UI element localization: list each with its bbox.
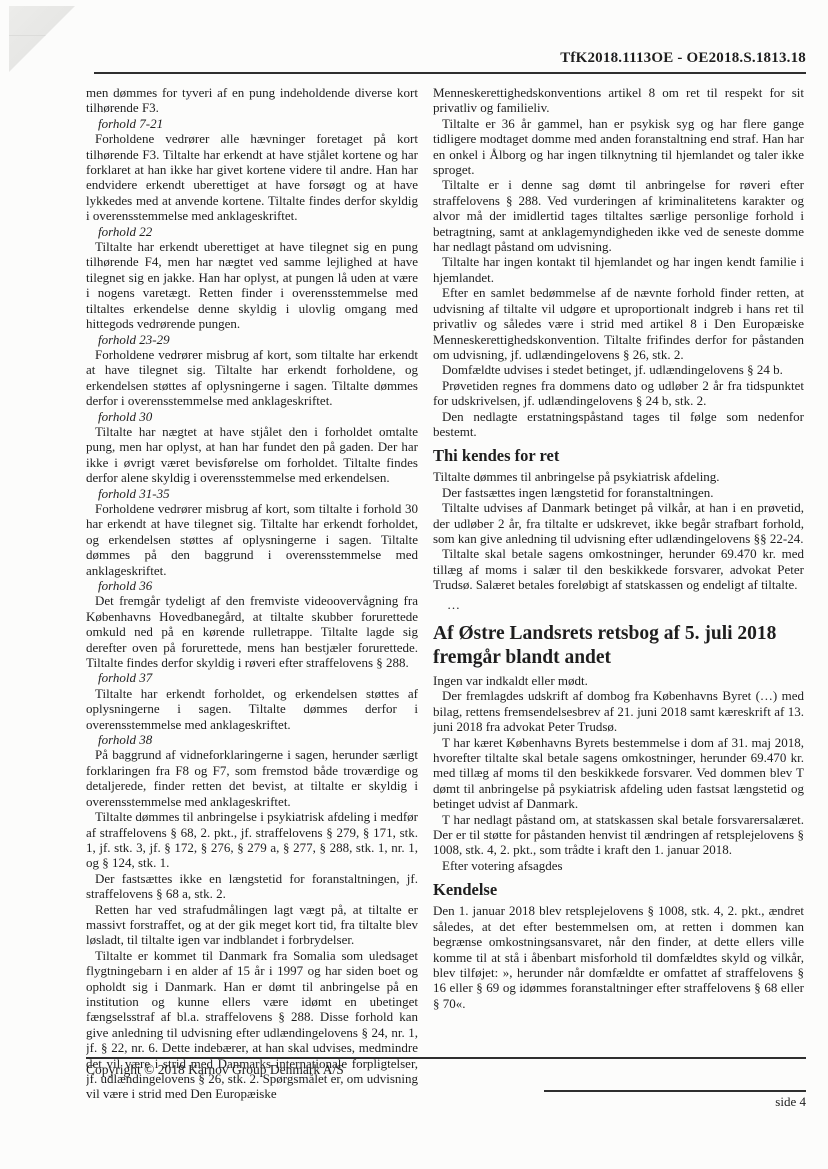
text-columns: men dømmes for tyveri af en pung indehol… — [86, 85, 806, 1102]
paragraph: Menneskerettighedskonventions artikel 8 … — [433, 85, 804, 116]
paragraph: Der fremlagdes udskrift af dombog fra Kø… — [433, 688, 804, 734]
paragraph: Retten har ved strafudmålingen lagt vægt… — [86, 902, 418, 948]
forhold-subheading: forhold 38 — [86, 732, 418, 747]
paragraph: Tiltalte dømmes til anbringelse på psyki… — [433, 469, 804, 484]
section-heading: Af Østre Landsrets retsbog af 5. juli 20… — [433, 622, 804, 670]
paragraph: Tiltalte er i denne sag dømt til anbring… — [433, 177, 804, 254]
forhold-subheading: forhold 23-29 — [86, 332, 418, 347]
page-number-divider: side 4 — [544, 1090, 806, 1111]
paragraph: Tiltalte udvises af Danmark betinget på … — [433, 500, 804, 546]
forhold-subheading: forhold 37 — [86, 670, 418, 685]
section-heading: Kendelse — [433, 880, 804, 900]
document-page: TfK2018.1113OE - OE2018.S.1813.18 men dø… — [0, 0, 828, 1169]
paragraph: Ingen var indkaldt eller mødt. — [433, 673, 804, 688]
forhold-subheading: forhold 7-21 — [86, 116, 418, 131]
paragraph: Tiltalte har erkendt uberettiget at have… — [86, 239, 418, 331]
paragraph: På baggrund af vidneforklaringerne i sag… — [86, 747, 418, 809]
paragraph: Tiltalte har nægtet at have stjålet den … — [86, 424, 418, 486]
forhold-subheading: forhold 36 — [86, 578, 418, 593]
paragraph: Der fastsættes ikke en længstetid for fo… — [86, 871, 418, 902]
paragraph: Den nedlagte erstatningspåstand tages ti… — [433, 409, 804, 440]
paragraph: Det fremgår tydeligt af den fremviste vi… — [86, 593, 418, 670]
document-footer: Copyright © 2018 Karnov Group Denmark A/… — [86, 1057, 806, 1111]
paragraph: Forholdene vedrører alle hævninger foret… — [86, 131, 418, 223]
paragraph: Tiltalte er 36 år gammel, han er psykisk… — [433, 116, 804, 178]
page-number: side 4 — [775, 1092, 806, 1110]
paragraph: Prøvetiden regnes fra dommens dato og ud… — [433, 378, 804, 409]
ellipsis-separator: … — [433, 597, 804, 612]
paragraph: Domfældte udvises i stedet betinget, jf.… — [433, 362, 804, 377]
forhold-subheading: forhold 22 — [86, 224, 418, 239]
paragraph: Forholdene vedrører misbrug af kort, som… — [86, 347, 418, 409]
paragraph: Tiltalte dømmes til anbringelse i psykia… — [86, 809, 418, 871]
left-column: men dømmes for tyveri af en pung indehol… — [86, 85, 418, 1102]
copyright-notice: Copyright © 2018 Karnov Group Denmark A/… — [86, 1059, 344, 1078]
paragraph: Forholdene vedrører misbrug af kort, som… — [86, 501, 418, 578]
paragraph: Tiltalte har erkendt forholdet, og erken… — [86, 686, 418, 732]
paragraph: Den 1. januar 2018 blev retsplejelovens … — [433, 903, 804, 1011]
paragraph: Tiltalte skal betale sagens omkostninger… — [433, 546, 804, 592]
page-corner-fold-decoration — [9, 6, 75, 72]
paragraph: Efter en samlet bedømmelse af de nævnte … — [433, 285, 804, 362]
section-heading: Thi kendes for ret — [433, 446, 804, 466]
paragraph: men dømmes for tyveri af en pung indehol… — [86, 85, 418, 116]
paragraph: Der fastsættes ingen længstetid for fora… — [433, 485, 804, 500]
paragraph: T har nedlagt påstand om, at statskassen… — [433, 812, 804, 858]
forhold-subheading: forhold 30 — [86, 409, 418, 424]
paragraph: Efter votering afsagdes — [433, 858, 804, 873]
paragraph: T har kæret Københavns Byrets bestemmels… — [433, 735, 804, 812]
document-content: TfK2018.1113OE - OE2018.S.1813.18 men dø… — [86, 50, 806, 1102]
forhold-subheading: forhold 31-35 — [86, 486, 418, 501]
paragraph: Tiltalte har ingen kontakt til hjemlande… — [433, 254, 804, 285]
right-column: Menneskerettighedskonventions artikel 8 … — [433, 85, 804, 1102]
document-reference-header: TfK2018.1113OE - OE2018.S.1813.18 — [94, 50, 806, 74]
